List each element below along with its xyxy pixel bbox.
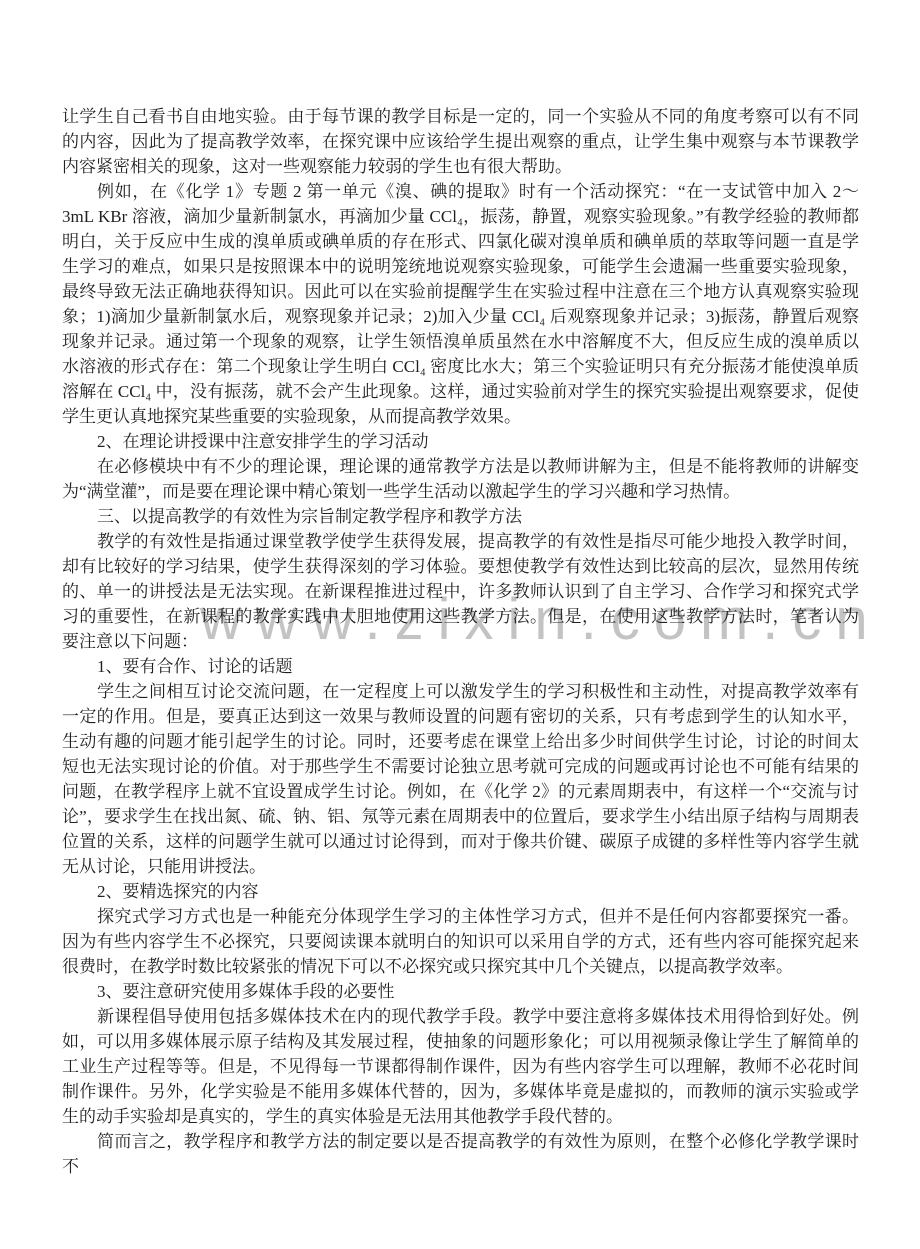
document-page: www.zixin.com.cn 让学生自己看书自由地实验。由于每节课的教学目标… bbox=[0, 0, 920, 1249]
article-text-block: 让学生自己看书自由地实验。由于每节课的教学目标是一定的，同一个实验从不同的角度考… bbox=[62, 104, 859, 1179]
section-heading: 3、要注意研究使用多媒体手段的必要性 bbox=[62, 979, 859, 1004]
section-heading: 三、以提高教学的有效性为宗旨制定教学程序和教学方法 bbox=[62, 504, 859, 529]
paragraph: 教学的有效性是指通过课堂教学使学生获得发展，提高教学的有效性是指尽可能少地投入教… bbox=[62, 529, 859, 654]
paragraph: 让学生自己看书自由地实验。由于每节课的教学目标是一定的，同一个实验从不同的角度考… bbox=[62, 104, 859, 179]
paragraph: 探究式学习方式也是一种能充分体现学生学习的主体性学习方式，但并不是任何内容都要探… bbox=[62, 904, 859, 979]
paragraph: 例如，在《化学 1》专题 2 第一单元《溴、碘的提取》时有一个活动探究：“在一支… bbox=[62, 179, 859, 429]
paragraph: 新课程倡导使用包括多媒体技术在内的现代教学手段。教学中要注意将多媒体技术用得恰到… bbox=[62, 1004, 859, 1129]
section-heading: 1、要有合作、讨论的话题 bbox=[62, 654, 859, 679]
section-heading: 2、要精选探究的内容 bbox=[62, 879, 859, 904]
paragraph: 简而言之，教学程序和教学方法的制定要以是否提高教学的有效性为原则，在整个必修化学… bbox=[62, 1129, 859, 1179]
paragraph: 学生之间相互讨论交流问题，在一定程度上可以激发学生的学习积极性和主动性，对提高教… bbox=[62, 679, 859, 879]
section-heading: 2、在理论讲授课中注意安排学生的学习活动 bbox=[62, 429, 859, 454]
paragraph: 在必修模块中有不少的理论课，理论课的通常教学方法是以教师讲解为主，但是不能将教师… bbox=[62, 454, 859, 504]
